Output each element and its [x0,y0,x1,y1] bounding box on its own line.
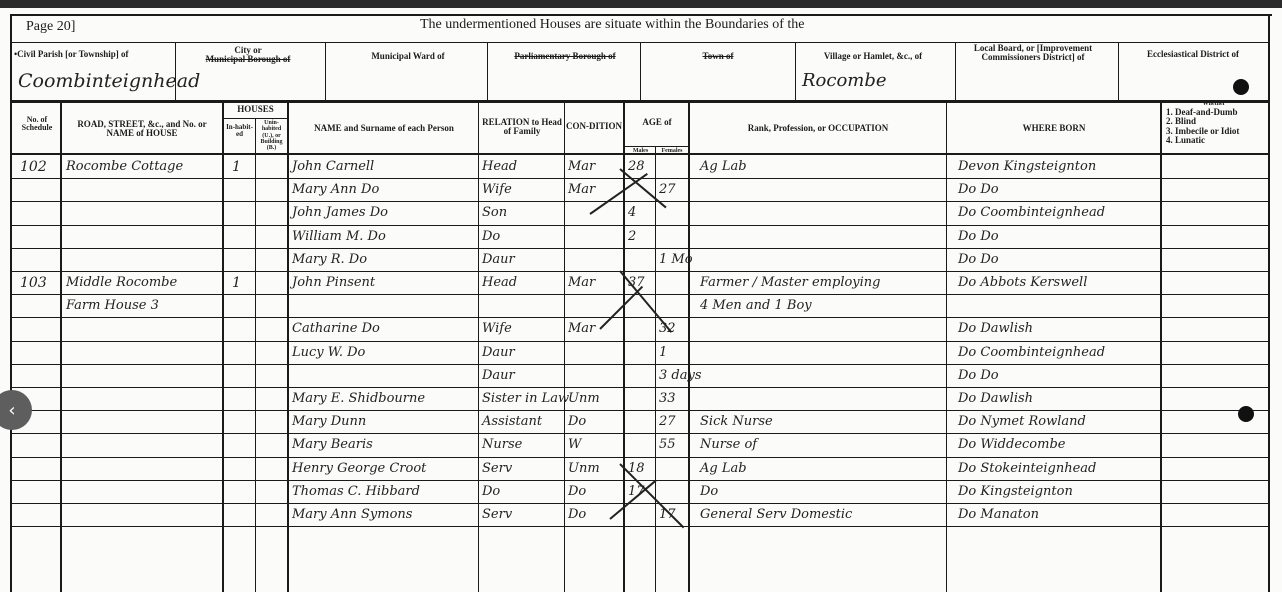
occupation: General Serv Domestic [700,508,852,521]
male-age: 4 [628,206,636,219]
page-title: The undermentioned Houses are situate wi… [420,18,805,33]
header-age: AGE of [626,118,688,127]
where-born: Do Coombinteignhead [958,206,1105,219]
boundary-divider [12,100,1268,103]
inhabited-count: 1 [232,160,241,174]
person-name: Henry George Croot [292,462,426,475]
occupation: Farmer / Master employing [700,276,881,289]
row-rule [12,271,1268,272]
female-age: 1 Mo [659,253,693,266]
where-born: Do Abbots Kerswell [958,276,1087,289]
relation-to-head: Serv [482,508,512,521]
row-rule [12,457,1268,458]
occupation: Sick Nurse [700,415,773,428]
page-label: Page 20] [26,20,75,35]
female-age: 27 [659,415,676,428]
municipal-ward-label: Municipal Ward of [328,52,488,61]
row-rule [12,341,1268,342]
row-rule [12,526,1268,527]
female-age: 55 [659,438,676,451]
row-rule [12,480,1268,481]
where-born: Do Stokeinteignhead [958,462,1096,475]
relation-to-head: Nurse [482,438,522,451]
header-uninhabited: Unin-habited (U.), or Building (B.) [256,120,287,151]
where-born: Do Coombinteignhead [958,346,1105,359]
male-age: 2 [628,230,636,243]
road-house-name: Farm House 3 [66,299,159,312]
where-born: Do Do [958,369,999,382]
marital-condition: Do [568,415,586,428]
col-divider [487,42,488,100]
relation-to-head: Assistant [482,415,542,428]
marital-condition: Do [568,485,586,498]
col-rule-houses [287,103,289,592]
where-born: Do Widdecombe [958,438,1065,451]
schedule-number: 103 [20,276,47,290]
relation-to-head: Daur [482,346,515,359]
inhabited-count: 1 [232,276,241,290]
col-rule-occupation [946,103,947,592]
civil-parish-value: Coombinteignhead [18,72,200,91]
header-males: Males [626,148,655,154]
header-condition: CON-DITION [566,122,622,131]
row-rule [12,503,1268,504]
row-rule [12,317,1268,318]
road-house-name: Middle Rocombe [66,276,177,289]
person-name: Mary Bearis [292,438,373,451]
person-name: Catharine Do [292,322,380,335]
where-born: Do Dawlish [958,322,1033,335]
person-name: Thomas C. Hibbard [292,485,420,498]
where-born: Do Nymet Rowland [958,415,1086,428]
col-rule-age [688,103,690,592]
marital-condition: Mar [568,160,595,173]
occupation: Ag Lab [700,462,747,475]
col-divider [640,42,641,100]
header-infirmity-list: 1. Deaf-and-Dumb 2. Blind 3. Imbecile or… [1166,108,1268,146]
person-name: Mary Ann Do [292,183,379,196]
header-houses: HOUSES [224,105,287,114]
row-rule [12,433,1268,434]
person-name: William M. Do [292,230,386,243]
viewer-top-bar [0,0,1282,8]
header-road: ROAD, STREET, &c., and No. or NAME of HO… [64,120,220,139]
person-name: Mary R. Do [292,253,367,266]
relation-to-head: Do [482,230,500,243]
schedule-number: 102 [20,160,47,174]
col-divider [325,42,326,100]
where-born: Do Do [958,183,999,196]
civil-parish-label: •Civil Parish [or Township] of [14,50,140,59]
ink-blot [1238,406,1254,422]
relation-to-head: Wife [482,183,512,196]
header-where-born: WHERE BORN [948,124,1160,133]
where-born: Devon Kingsteignton [958,160,1096,173]
relation-to-head: Wife [482,322,512,335]
person-name: John Carnell [292,160,374,173]
person-name: John Pinsent [292,276,375,289]
marital-condition: Do [568,508,586,521]
relation-to-head: Do [482,485,500,498]
tally-mark [599,286,643,330]
relation-to-head: Head [482,276,517,289]
person-name: Mary E. Shidbourne [292,392,425,405]
frame-right [1268,14,1270,592]
person-name: John James Do [292,206,388,219]
occupation: 4 Men and 1 Boy [700,299,812,312]
ecclesiastical-label: Ecclesiastical District of [1120,50,1266,59]
village-label: Village or Hamlet, &c., of [798,52,948,61]
ink-blot [1233,79,1249,95]
row-rule [12,201,1268,202]
marital-condition: Mar [568,322,595,335]
marital-condition: Unm [568,462,600,475]
relation-to-head: Serv [482,462,512,475]
header-inhabited: In-habit-ed [224,124,255,139]
female-age: 3 days [659,369,702,382]
col-divider [1118,42,1119,100]
infirmity-lunatic: 4. Lunatic [1166,136,1268,145]
col-rule-schedule [60,103,62,592]
person-name: Mary Ann Symons [292,508,412,521]
relation-to-head: Sister in Law [482,392,569,405]
female-age: 33 [659,392,676,405]
col-divider [175,42,176,100]
row-rule [12,248,1268,249]
parliamentary-borough-label: Parliamentary Borough of [490,52,640,61]
relation-to-head: Son [482,206,507,219]
marital-condition: Mar [568,183,595,196]
marital-condition: W [568,438,581,451]
row-rule [12,364,1268,365]
female-age: 1 [659,346,667,359]
relation-to-head: Head [482,160,517,173]
person-name: Lucy W. Do [292,346,365,359]
col-divider [955,42,956,100]
col-rule-name [478,103,479,592]
age-subrule [625,146,688,147]
col-rule-relation [564,103,565,592]
town-label: Town of [643,52,793,61]
col-rule-inhabited [255,118,256,592]
col-rule-condition [623,103,625,592]
occupation: Nurse of [700,438,757,451]
road-house-name: Rocombe Cottage [66,160,183,173]
header-occupation: Rank, Profession, or OCCUPATION [692,124,944,133]
row-rule [12,225,1268,226]
col-divider [795,42,796,100]
header-females: Females [656,148,688,154]
chevron-left-icon: ‹ [8,400,15,421]
where-born: Do Dawlish [958,392,1033,405]
relation-to-head: Daur [482,253,515,266]
header-schedule: No. of Schedule [14,116,60,133]
municipal-borough-label: Municipal Borough of [178,55,318,64]
col-rule-born [1160,103,1162,592]
where-born: Do Do [958,253,999,266]
male-age: 28 [628,160,645,173]
where-born: Do Do [958,230,999,243]
female-age: 27 [659,183,676,196]
person-name: Mary Dunn [292,415,366,428]
city-label: City or Municipal Borough of [178,46,318,65]
row-rule [12,410,1268,411]
row-rule [12,387,1268,388]
marital-condition: Mar [568,276,595,289]
village-value: Rocombe [802,72,887,90]
tally-mark [589,173,647,215]
header-relation: RELATION to Head of Family [480,118,564,137]
local-board-label: Local Board, or [Improvement Commissione… [958,44,1108,63]
relation-to-head: Daur [482,369,515,382]
where-born: Do Kingsteignton [958,485,1073,498]
occupation: Ag Lab [700,160,747,173]
header-name: NAME and Surname of each Person [292,124,476,133]
where-born: Do Manaton [958,508,1039,521]
census-page: Page 20] The undermentioned Houses are s… [0,8,1282,592]
col-rule-road [222,103,224,592]
marital-condition: Unm [568,392,600,405]
frame-top [10,14,1272,16]
occupation: Do [700,485,718,498]
houses-subrule [224,118,287,119]
